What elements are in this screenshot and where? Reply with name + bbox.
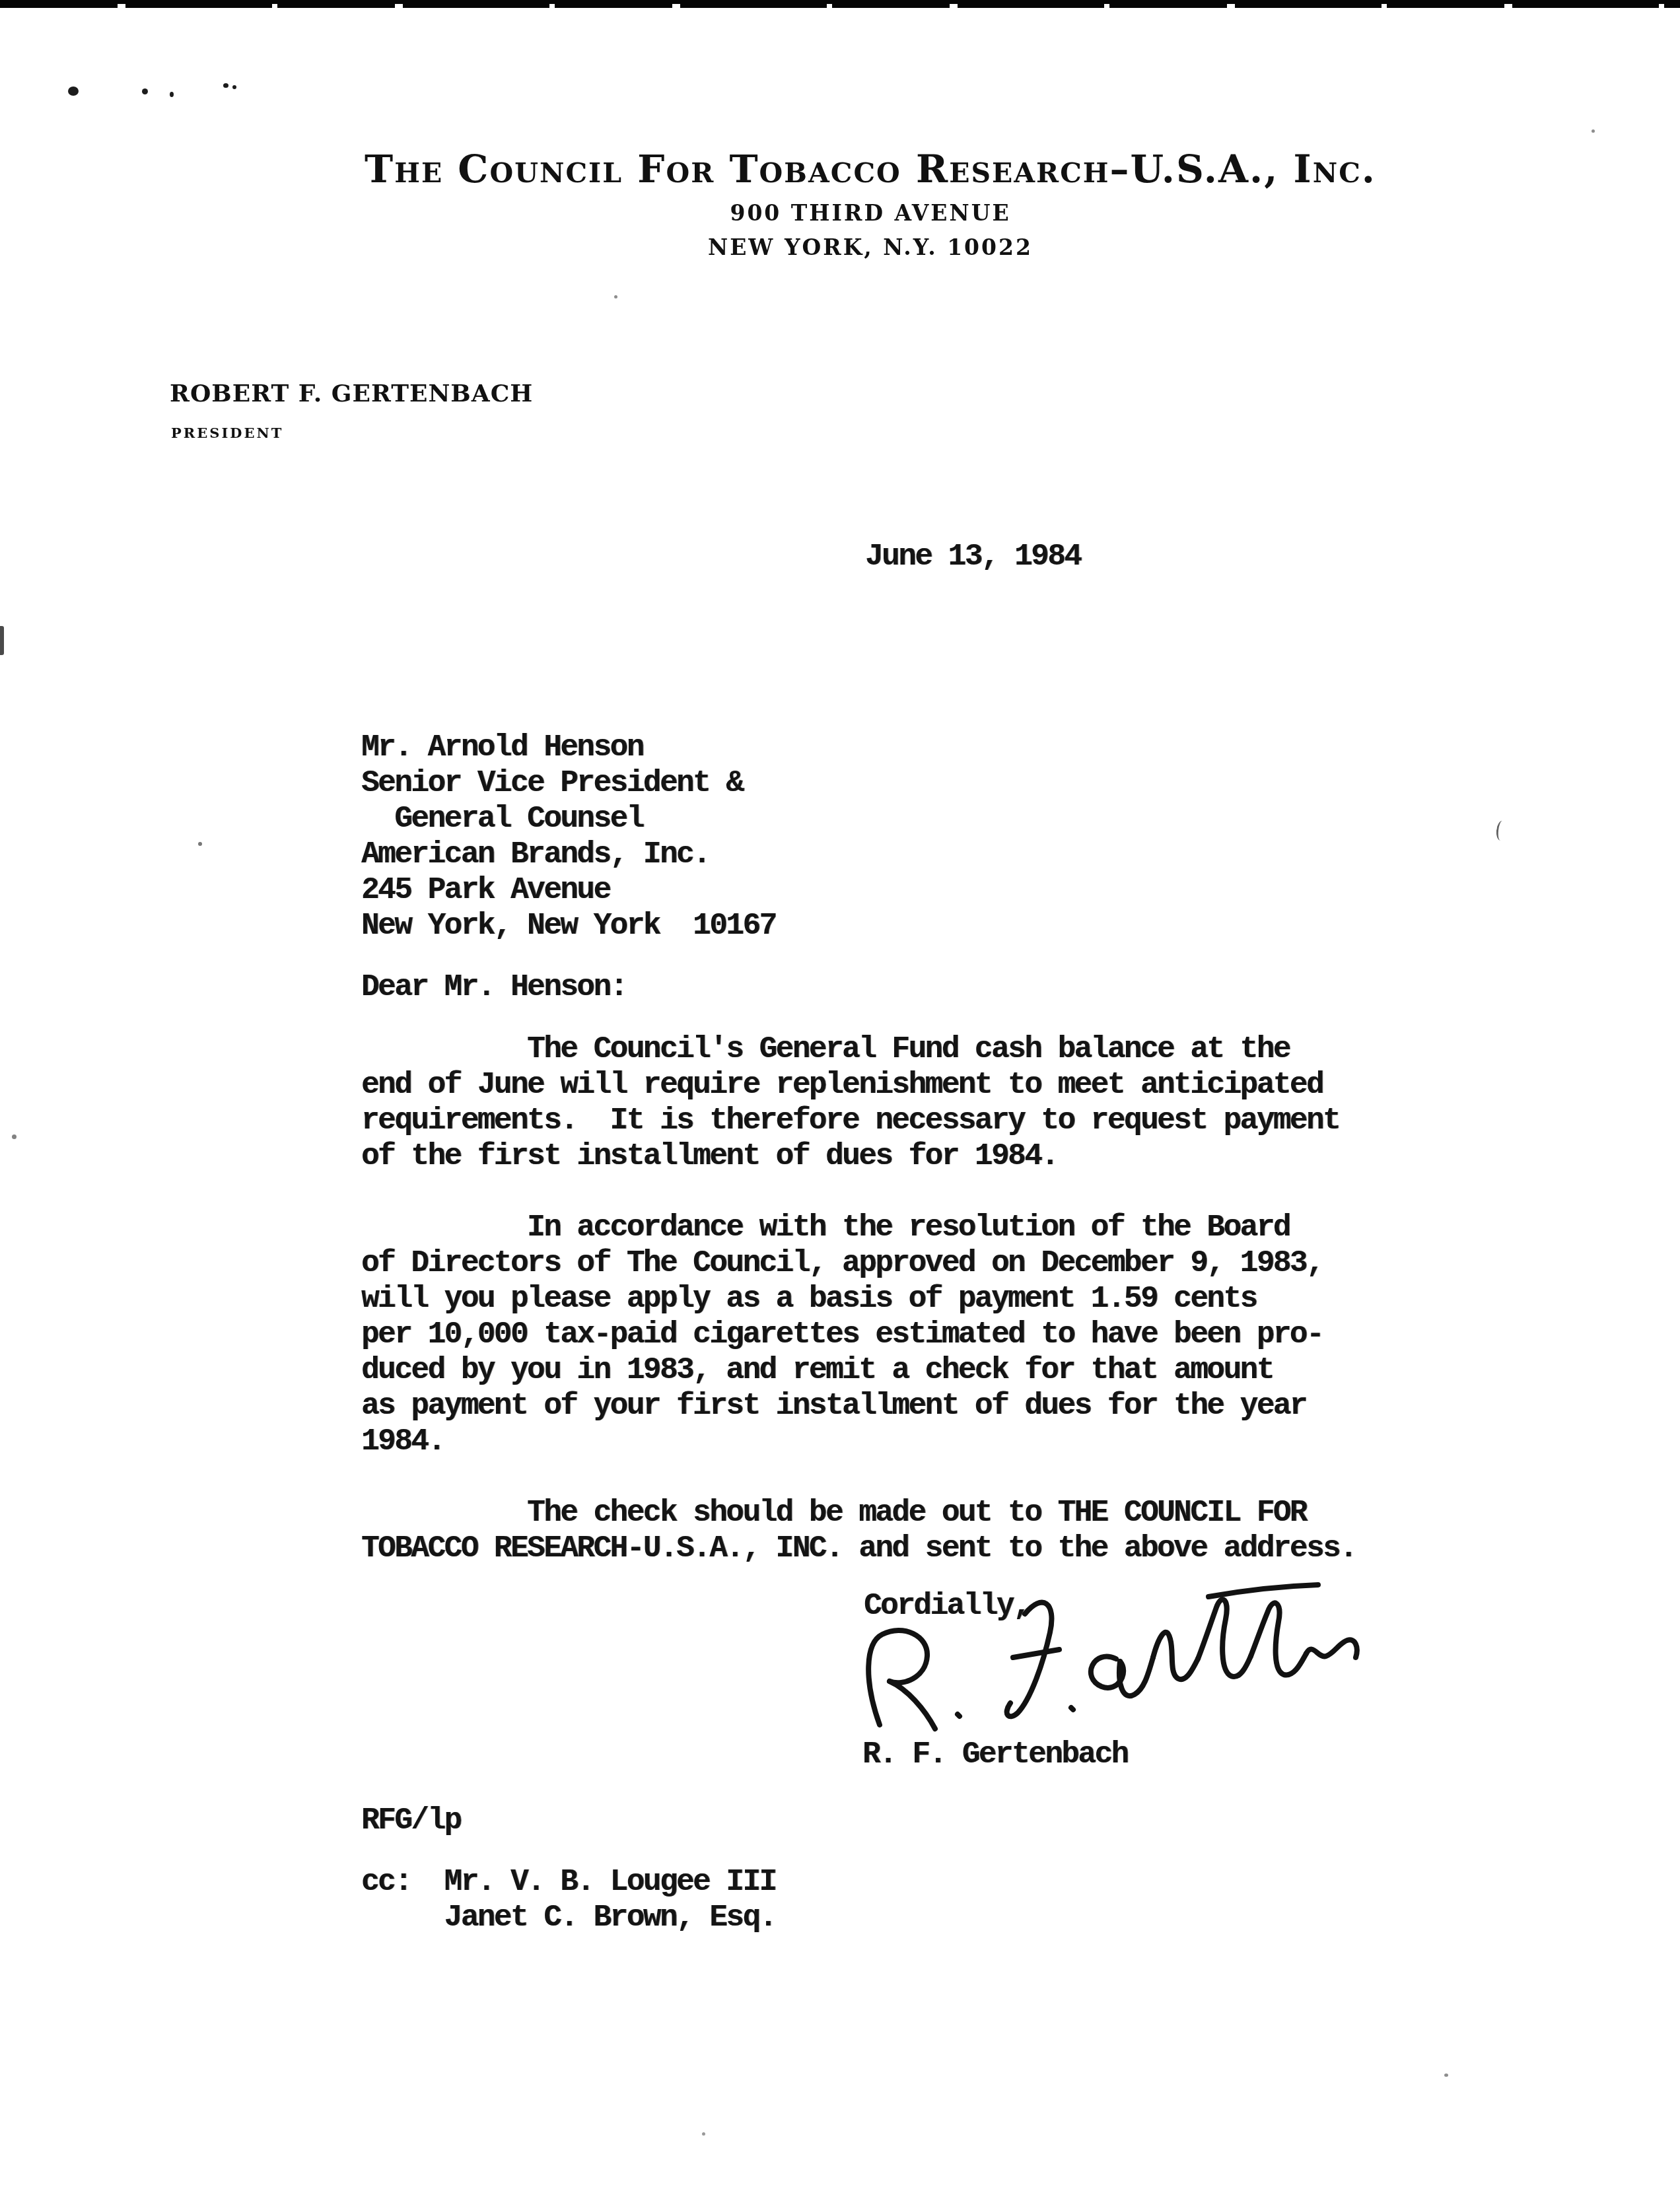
cc-list: cc: Mr. V. B. Lougee III Janet C. Brown,… xyxy=(361,1864,776,1935)
signature-handwriting xyxy=(852,1558,1380,1750)
body-paragraph-1: The Council's General Fund cash balance … xyxy=(361,1031,1339,1174)
scan-speck xyxy=(1444,2073,1448,2077)
letterhead-org-name: The Council For Tobacco Research–U.S.A.,… xyxy=(365,147,1376,192)
scan-speck xyxy=(12,1134,17,1139)
scan-speck xyxy=(702,2132,705,2136)
scan-edge-mark xyxy=(0,626,4,655)
date-line: June 13, 1984 xyxy=(865,539,1080,575)
scan-paren-mark xyxy=(1495,820,1507,841)
scan-speck xyxy=(232,85,236,89)
recipient-address: Mr. Arnold Henson Senior Vice President … xyxy=(361,730,776,944)
body-paragraph-3: The check should be made out to THE COUN… xyxy=(361,1495,1356,1566)
scan-speck xyxy=(198,842,202,846)
scan-speck xyxy=(1592,129,1595,133)
scan-speck xyxy=(614,295,617,298)
letterhead-city: NEW YORK, N.Y. 10022 xyxy=(708,234,1033,260)
body-paragraph-2: In accordance with the resolution of the… xyxy=(361,1210,1323,1459)
letterhead-street: 900 THIRD AVENUE xyxy=(730,200,1010,226)
typed-signature-name: R. F. Gertenbach xyxy=(862,1737,1128,1772)
salutation: Dear Mr. Henson: xyxy=(361,969,627,1005)
sender-name: ROBERT F. GERTENBACH xyxy=(170,380,533,407)
scan-artifact-top-bar2 xyxy=(0,0,1680,4)
reference-initials: RFG/lp xyxy=(361,1803,461,1838)
scanned-letter-page: The Council For Tobacco Research–U.S.A.,… xyxy=(0,0,1680,2195)
scan-speck xyxy=(142,88,148,94)
sender-title: PRESIDENT xyxy=(171,425,283,441)
scan-speck xyxy=(68,87,79,96)
scan-speck xyxy=(223,83,228,88)
scan-speck xyxy=(170,92,174,97)
